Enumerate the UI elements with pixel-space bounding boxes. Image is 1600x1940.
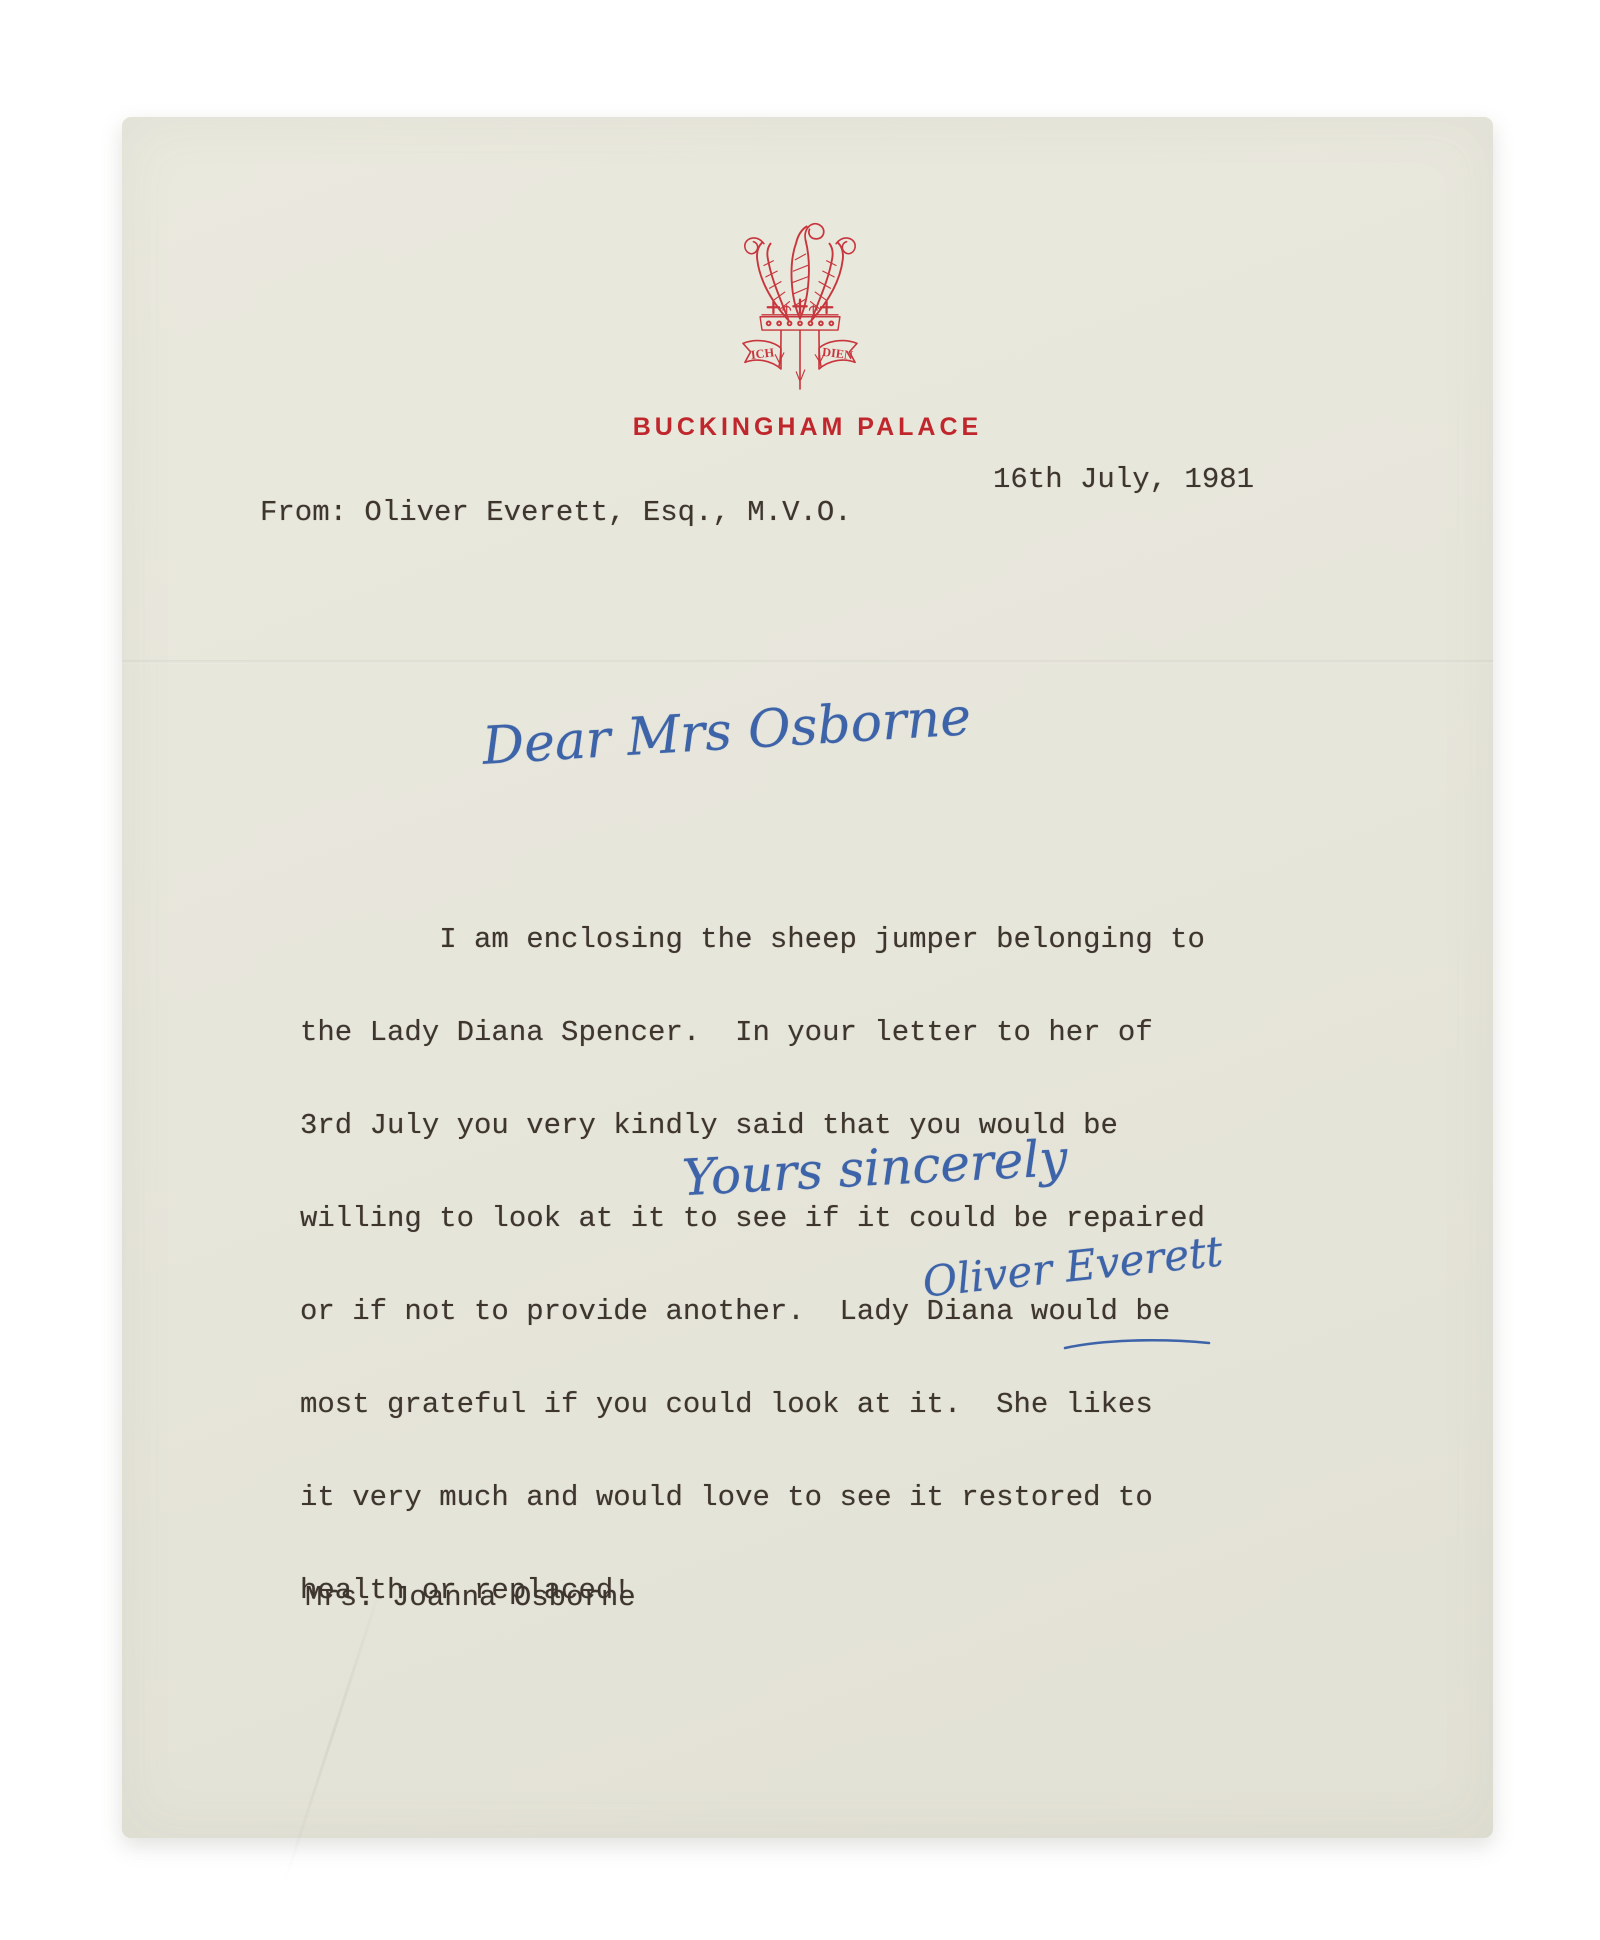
body-line: most grateful if you could look at it. S… (300, 1389, 1205, 1420)
body-line: 3rd July you very kindly said that you w… (300, 1110, 1205, 1141)
from-line: From: Oliver Everett, Esq., M.V.O. (260, 496, 852, 529)
recipient-line: Mrs. Joanna Osborne (305, 1581, 636, 1614)
body-line: willing to look at it to see if it could… (300, 1203, 1205, 1234)
date-line: 16th July, 1981 (993, 463, 1254, 496)
body-line: or if not to provide another. Lady Diana… (300, 1296, 1205, 1327)
letter-paper: ICH DIEN BUCKINGHAM PALACE 16th July, 19… (122, 117, 1493, 1838)
body-line: it very much and would love to see it re… (300, 1482, 1205, 1513)
body-line: I am enclosing the sheep jumper belongin… (300, 924, 1205, 955)
paper-fold-crease (122, 660, 1493, 664)
signature-underline-flourish (1062, 1337, 1212, 1353)
prince-of-wales-feathers-icon: ICH DIEN (705, 200, 895, 405)
crest-motto-left-text: ICH (750, 345, 775, 362)
letterhead-title: BUCKINGHAM PALACE (122, 413, 1493, 442)
body-line: the Lady Diana Spencer. In your letter t… (300, 1017, 1205, 1048)
crest-motto-right-text: DIEN (821, 345, 853, 363)
handwritten-greeting: Dear Mrs Osborne (481, 687, 973, 777)
